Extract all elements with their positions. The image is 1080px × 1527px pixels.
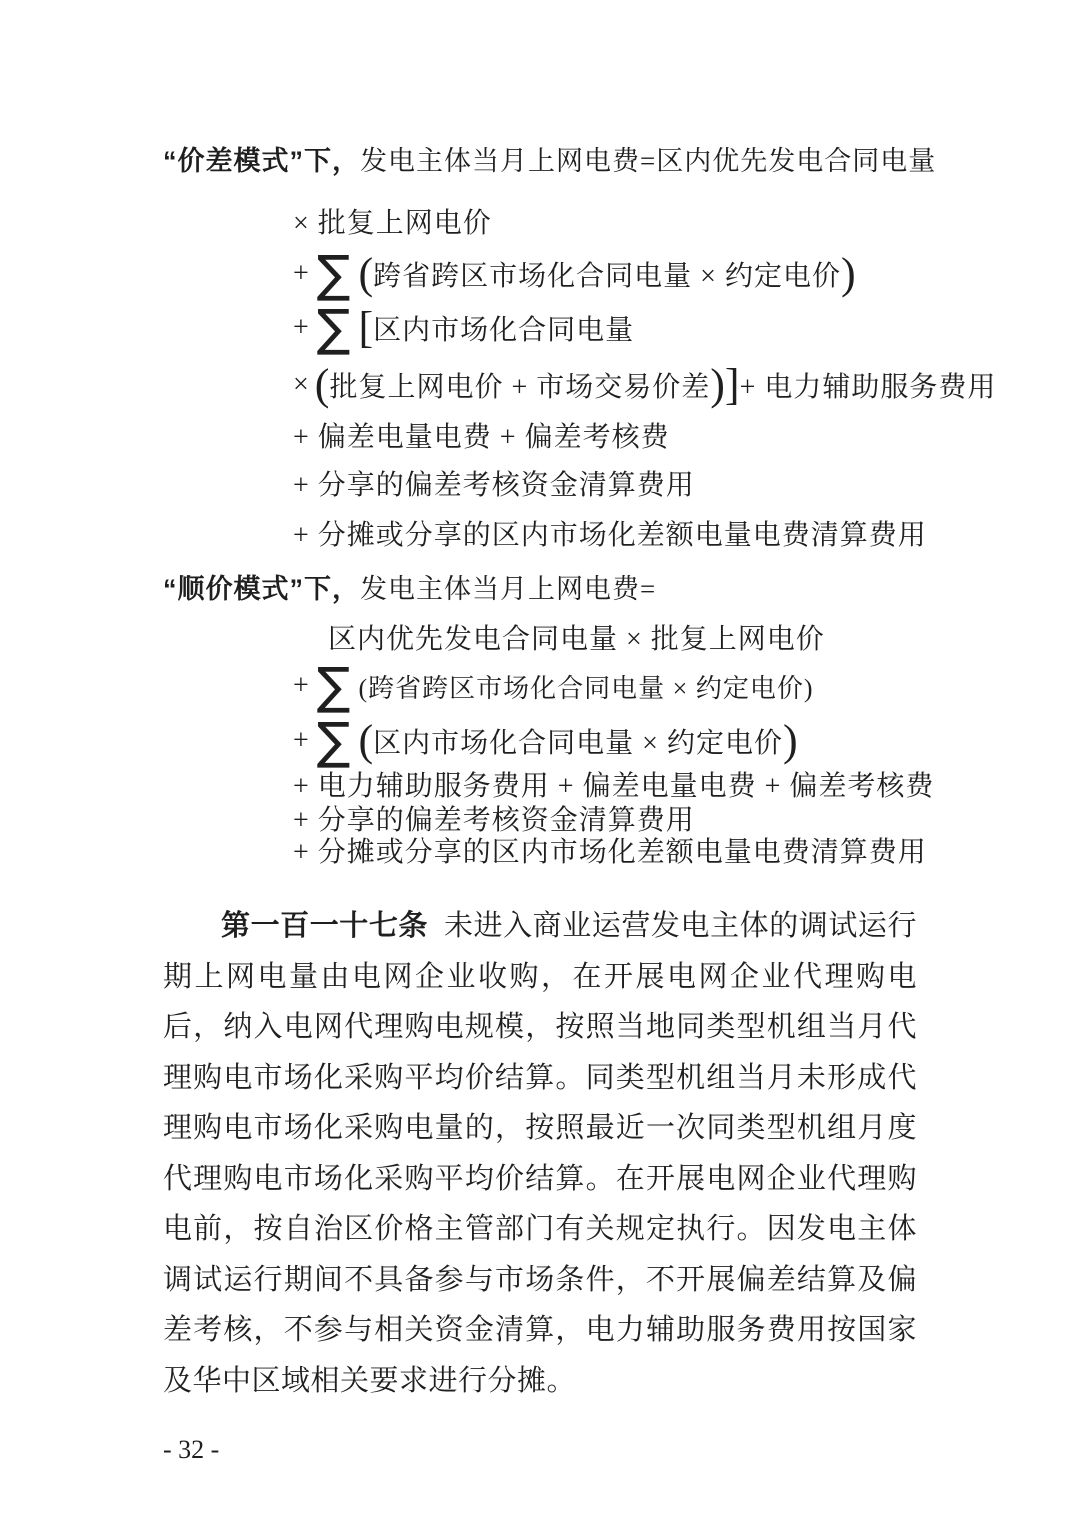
formula-block-seq-mode: “顺价模式”下，发电主体当月上网电费= 区内优先发电合同电量 × 批复上网电价 … <box>163 571 917 869</box>
multiply-sign: × <box>293 369 309 401</box>
formula-line-deviation-fees: + 偏差电量电费 + 偏差考核费 <box>293 421 917 455</box>
sigma-symbol: ∑ <box>317 716 351 766</box>
plus-sign: + <box>293 312 309 344</box>
plus-sign: + <box>293 670 309 702</box>
formula-term: 批复上网电价 + 市场交易价差 <box>329 365 710 405</box>
open-bracket: [ <box>359 306 374 350</box>
formula-term: + 电力辅助服务费用 <box>740 365 997 405</box>
open-paren: ( <box>359 252 374 296</box>
document-page: “价差模式”下，发电主体当月上网电费=区内优先发电合同电量 × 批复上网电价 +… <box>0 0 1080 1527</box>
formula-header-text: 发电主体当月上网电费=区内优先发电合同电量 <box>360 146 936 176</box>
formula-term: 跨省跨区市场化合同电量 × 约定电价 <box>373 254 841 294</box>
article-117-paragraph: 第一百一十七条未进入商业运营发电主体的调试运行期上网电量由电网企业收购，在开展电… <box>163 901 917 1406</box>
formula-block-diff-mode: “价差模式”下，发电主体当月上网电费=区内优先发电合同电量 × 批复上网电价 +… <box>163 143 917 553</box>
formula-header-diff-mode: “价差模式”下，发电主体当月上网电费=区内优先发电合同电量 <box>163 143 917 179</box>
formula-term: 区内市场化合同电量 <box>373 308 634 348</box>
formula-line-price-sum: × ( 批复上网电价 + 市场交易价差 )] + 电力辅助服务费用 <box>293 363 917 407</box>
formula-header-text: 发电主体当月上网电费= <box>360 574 656 604</box>
mode-name-bold: “价差模式”下， <box>163 146 360 176</box>
close-paren-bracket: )] <box>710 363 739 407</box>
page-number: - 32 - <box>163 1435 917 1465</box>
open-paren: ( <box>359 719 374 763</box>
article-body-text: 未进入商业运营发电主体的调试运行期上网电量由电网企业收购，在开展电网企业代理购电… <box>163 910 917 1397</box>
sigma-symbol: ∑ <box>317 661 351 711</box>
formula-line-settlement-fees: + 分摊或分享的区内市场化差额电量电费清算费用 <box>293 519 917 553</box>
close-paren: ) <box>783 719 798 763</box>
formula-line-multiplier: × 批复上网电价 <box>293 207 917 241</box>
formula-header-seq-mode: “顺价模式”下，发电主体当月上网电费= <box>163 571 917 607</box>
formula-line-priority-contract: 区内优先发电合同电量 × 批复上网电价 <box>328 623 917 657</box>
sigma-symbol: ∑ <box>317 303 351 353</box>
formula-term: (跨省跨区市场化合同电量 × 约定电价) <box>359 668 814 705</box>
plus-sign: + <box>293 258 309 290</box>
formula-term: 区内市场化合同电量 × 约定电价 <box>373 721 783 761</box>
formula-line-shared-assessment: + 分享的偏差考核资金清算费用 <box>293 805 917 837</box>
formula-line-settlement-fees: + 分摊或分享的区内市场化差额电量电费清算费用 <box>293 837 917 869</box>
sigma-symbol: ∑ <box>317 249 351 299</box>
formula-line-aux-service-fees: + 电力辅助服务费用 + 偏差电量电费 + 偏差考核费 <box>293 771 917 803</box>
plus-sign: + <box>293 725 309 757</box>
open-paren: ( <box>315 363 330 407</box>
article-number: 第一百一十七条 <box>221 910 428 942</box>
formula-line-sum-inregion: + ∑ [ 区内市场化合同电量 <box>293 301 917 355</box>
formula-line-sum-inregion: + ∑ ( 区内市场化合同电量 × 约定电价 ) <box>293 713 917 769</box>
formula-line-sum-crossprovince: + ∑ (跨省跨区市场化合同电量 × 约定电价) <box>293 659 917 713</box>
mode-name-bold: “顺价模式”下， <box>163 574 360 604</box>
formula-line-shared-assessment: + 分享的偏差考核资金清算费用 <box>293 469 917 503</box>
close-paren: ) <box>841 252 856 296</box>
formula-line-sum-crossprovince: + ∑ ( 跨省跨区市场化合同电量 × 约定电价 ) <box>293 247 917 301</box>
